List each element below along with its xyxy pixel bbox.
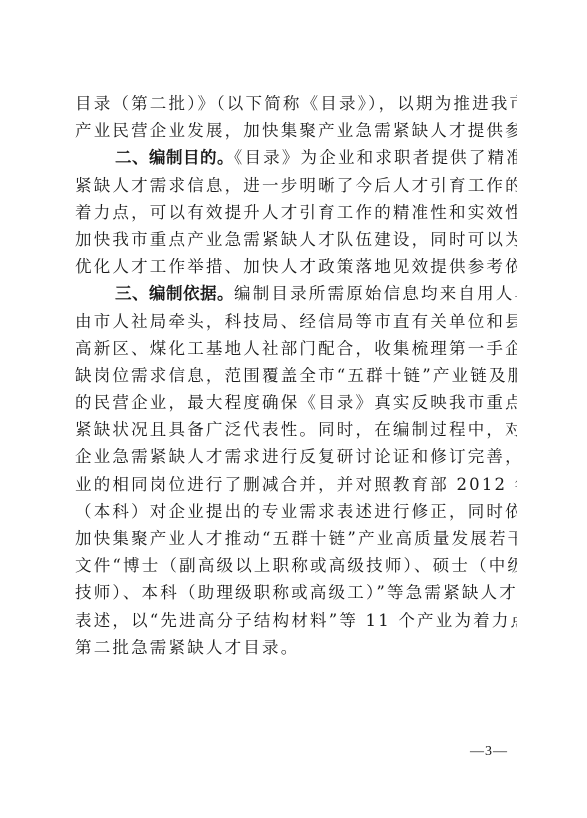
text-line: 企业急需紧缺人才需求进行反复研讨论证和修订完善，对同一产 bbox=[75, 443, 517, 470]
text-line: 高新区、煤化工基地人社部门配合，收集梳理第一手企业急需紧 bbox=[75, 335, 517, 362]
text-line: 目录（第二批）》（以下简称《目录》），以期为推进我市重点 bbox=[75, 90, 517, 117]
text-line: 业的相同岗位进行了删减合并，并对照教育部 2012 年专业目录 bbox=[75, 471, 517, 498]
section-heading-basis: 三、编制依据。 bbox=[115, 284, 234, 303]
text-line: 缺岗位需求信息，范围覆盖全市“五群十链”产业链及服务产业 bbox=[75, 362, 517, 389]
text-line: 紧缺状况且具备广泛代表性。同时，在编制过程中，对梳理出的 bbox=[75, 416, 517, 443]
text-line: 由市人社局牵头，科技局、经信局等市直有关单位和县（区）、 bbox=[75, 308, 517, 335]
page-number: —3— bbox=[470, 744, 508, 760]
text-line: 加快我市重点产业急需紧缺人才队伍建设，同时可以为我市不断 bbox=[75, 226, 517, 253]
text-line: 产业民营企业发展，加快集聚产业急需紧缺人才提供参考。 bbox=[75, 117, 517, 144]
text-line: 文件“博士（副高级以上职称或高级技师）、硕士（中级职称或 bbox=[75, 552, 517, 579]
text-line: 紧缺人才需求信息，进一步明晰了今后人才引育工作的主方向和 bbox=[75, 172, 517, 199]
text-line: 技师）、本科（助理级职称或高级工）”等急需紧缺人才的政策 bbox=[75, 579, 517, 606]
text-line: （本科）对企业提出的专业需求表述进行修正，同时依据《关于 bbox=[75, 498, 517, 525]
text-line: 表述，以“先进高分子结构材料”等 11 个产业为着力点，编制 bbox=[75, 607, 517, 634]
text-line: 优化人才工作举措、加快人才政策落地见效提供参考依据。 bbox=[75, 253, 517, 280]
text-line: 着力点，可以有效提升人才引育工作的精准性和实效性，有利于 bbox=[75, 199, 517, 226]
text-span: 编制目录所需原始信息均来自用人单位提供。 bbox=[234, 284, 517, 303]
text-span: 《目录》为企业和求职者提供了精准的急需 bbox=[234, 148, 517, 167]
document-page: 目录（第二批）》（以下简称《目录》），以期为推进我市重点 产业民营企业发展，加快… bbox=[0, 0, 587, 818]
text-line: 加快集聚产业人才推动“五群十链”产业高质量发展若干政策》等 bbox=[75, 525, 517, 552]
text-line: 的民营企业，最大程度确保《目录》真实反映我市重点产业人才 bbox=[75, 389, 517, 416]
text-line: 第二批急需紧缺人才目录。 bbox=[75, 634, 517, 661]
section-heading-line: 二、编制目的。《目录》为企业和求职者提供了精准的急需 bbox=[75, 144, 517, 171]
document-body: 目录（第二批）》（以下简称《目录》），以期为推进我市重点 产业民营企业发展，加快… bbox=[75, 90, 517, 661]
section-heading-line: 三、编制依据。编制目录所需原始信息均来自用人单位提供。 bbox=[75, 280, 517, 307]
section-heading-purpose: 二、编制目的。 bbox=[115, 148, 234, 167]
